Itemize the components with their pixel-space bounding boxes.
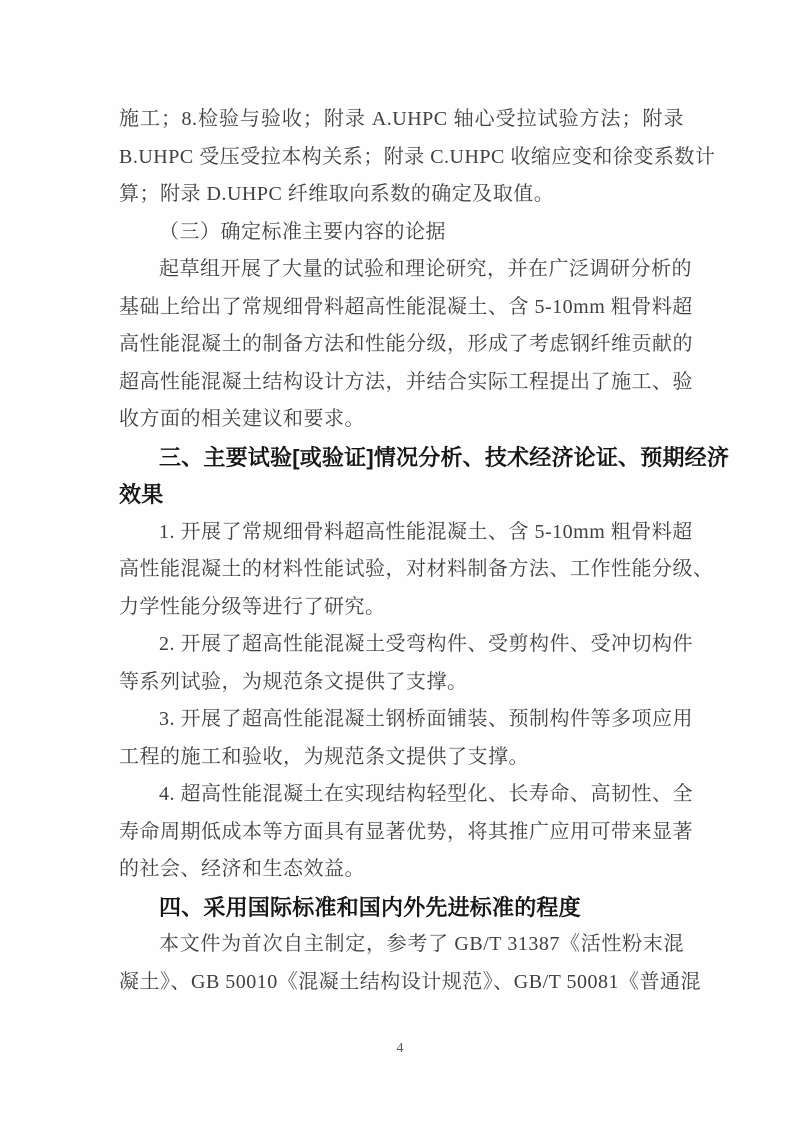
- document-page: 施工；8.检验与验收；附录 A.UHPC 轴心受拉试验方法；附录 B.UHPC …: [0, 0, 800, 1130]
- text-line: 收方面的相关建议和要求。: [119, 401, 684, 439]
- text-line: 1. 开展了常规细骨料超高性能混凝土、含 5-10mm 粗骨料超: [119, 514, 684, 552]
- text-line: 2. 开展了超高性能混凝土受弯构件、受剪构件、受冲切构件: [119, 626, 684, 664]
- text-line: 凝土》、GB 50010《混凝土结构设计规范》、GB/T 50081《普通混: [119, 964, 684, 1002]
- text-line: 算；附录 D.UHPC 纤维取向系数的确定及取值。: [119, 176, 684, 214]
- text-line: 起草组开展了大量的试验和理论研究，并在广泛调研分析的: [119, 251, 684, 289]
- text-line: 超高性能混凝土结构设计方法，并结合实际工程提出了施工、验: [119, 364, 684, 402]
- text-line: 工程的施工和验收，为规范条文提供了支撑。: [119, 739, 684, 777]
- text-line: 施工；8.检验与验收；附录 A.UHPC 轴心受拉试验方法；附录: [119, 101, 684, 139]
- text-line: 力学性能分级等进行了研究。: [119, 589, 684, 627]
- subsection-heading-3: （三）确定标准主要内容的论据: [119, 214, 684, 252]
- text-line: 寿命周期低成本等方面具有显著优势，将其推广应用可带来显著: [119, 814, 684, 852]
- text-line: 基础上给出了常规细骨料超高性能混凝土、含 5-10mm 粗骨料超: [119, 289, 684, 327]
- text-line: 高性能混凝土的制备方法和性能分级，形成了考虑钢纤维贡献的: [119, 326, 684, 364]
- text-line: 的社会、经济和生态效益。: [119, 851, 684, 889]
- text-line: 本文件为首次自主制定，参考了 GB/T 31387《活性粉末混: [119, 926, 684, 964]
- section-heading-4: 四、采用国际标准和国内外先进标准的程度: [119, 889, 684, 927]
- section-heading-3-line-1: 三、主要试验[或验证]情况分析、技术经济论证、预期经济: [119, 439, 684, 477]
- text-line: 高性能混凝土的材料性能试验，对材料制备方法、工作性能分级、: [119, 551, 684, 589]
- page-number: 4: [0, 1038, 800, 1060]
- text-line: 4. 超高性能混凝土在实现结构轻型化、长寿命、高韧性、全: [119, 776, 684, 814]
- section-heading-3-line-2: 效果: [119, 476, 684, 514]
- text-line: 等系列试验，为规范条文提供了支撑。: [119, 664, 684, 702]
- text-line: B.UHPC 受压受拉本构关系；附录 C.UHPC 收缩应变和徐变系数计: [119, 139, 684, 177]
- text-line: 3. 开展了超高性能混凝土钢桥面铺装、预制构件等多项应用: [119, 701, 684, 739]
- document-text-block: 施工；8.检验与验收；附录 A.UHPC 轴心受拉试验方法；附录 B.UHPC …: [119, 101, 684, 1001]
